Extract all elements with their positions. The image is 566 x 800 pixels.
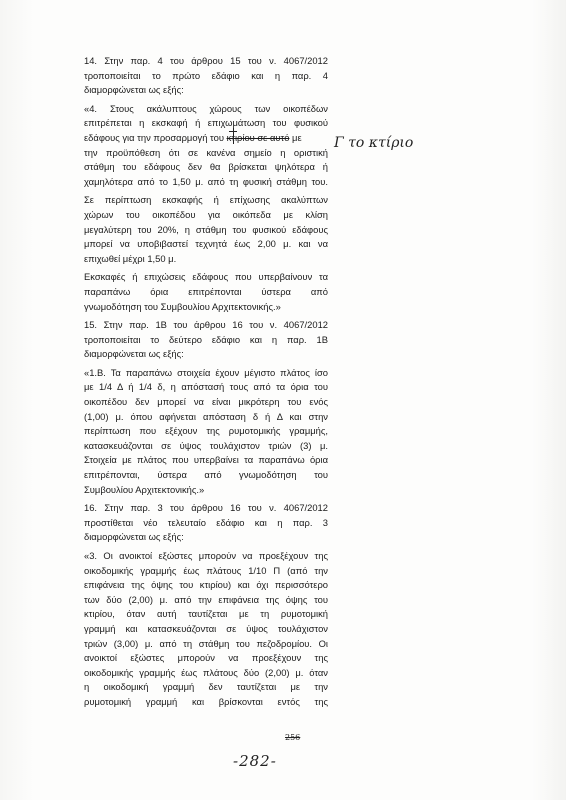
text-line: τροποποιείται το πρώτο εδάφιο και η παρ.… — [84, 69, 328, 84]
text-line: οικοπέδου δεν μπορεί να είναι μικρότερη … — [84, 395, 328, 410]
text-line: Σε περίπτωση εκσκαφής ή επίχωσης ακαλύπτ… — [84, 193, 328, 208]
text-line: 15. Στην παρ. 1Β του άρθρου 16 του ν. 40… — [84, 318, 328, 333]
text-line: 14. Στην παρ. 4 του άρθρου 15 του ν. 406… — [84, 54, 328, 69]
text-line: Εκσκαφές ή επιχώσεις εδάφους που υπερβαί… — [84, 270, 328, 285]
text-line: επιφάνεια της όψης του κτιρίου) και όχι … — [84, 578, 328, 593]
page-number: -282- — [233, 752, 277, 770]
paragraph-14: 14. Στην παρ. 4 του άρθρου 15 του ν. 406… — [84, 54, 328, 98]
text-line: διαμορφώνεται ως εξής: — [84, 83, 328, 98]
document-page: 14. Στην παρ. 4 του άρθρου 15 του ν. 406… — [0, 0, 566, 800]
text-line: «4. Στους ακάλυπτους χώρους των οικοπέδω… — [84, 102, 328, 117]
text-line: οικοδομικής γραμμής έως πλάτους 1/10 Π (… — [84, 564, 328, 579]
paragraph-15: 15. Στην παρ. 1Β του άρθρου 16 του ν. 40… — [84, 318, 328, 362]
text-line: διαμορφώνεται ως εξής: — [84, 530, 328, 545]
old-page-number: 256 — [285, 733, 300, 742]
paragraph-16-quote: «3. Οι ανοικτοί εξώστες μπορούν να προεξ… — [84, 549, 328, 710]
text-line: επιτρέπονται, ύστερα από γνωμοδότηση του — [84, 468, 328, 483]
text-line: 16. Στην παρ. 3 του άρθρου 16 του ν. 406… — [84, 501, 328, 516]
paragraph-15-quote: «1.Β. Τα παραπάνω στοιχεία έχουν μέγιστο… — [84, 366, 328, 497]
text-line: των δύο (2,00) μ. από την επιφάνεια της … — [84, 593, 328, 608]
text-column: 14. Στην παρ. 4 του άρθρου 15 του ν. 406… — [84, 54, 328, 714]
text-line: Συμβουλίου Αρχιτεκτονικής.» — [84, 483, 328, 498]
text-line: μεγαλύτερη του 20%, η στάθμη του φυσικού… — [84, 223, 328, 238]
text-line: παραπάνω όρια επιτρέπονται ύστερα από — [84, 285, 328, 300]
text-line-with-edit: εδάφους για την προσαρμογή του κτιρίου σ… — [84, 131, 328, 146]
text-segment: εδάφους για την προσαρμογή του — [84, 132, 227, 143]
text-line: γραμμή και κατασκευάζονται σε ύψος τουλά… — [84, 622, 328, 637]
text-line: η οικοδομική γραμμή δεν ταυτίζεται με τη… — [84, 680, 328, 695]
paragraph-14-quote-2: Σε περίπτωση εκσκαφής ή επίχωσης ακαλύπτ… — [84, 193, 328, 266]
text-line: στάθμη του εδάφους δεν θα βρίσκεται ψηλό… — [84, 160, 328, 175]
struck-text: κτιρίου σε αυτό — [227, 132, 290, 143]
paragraph-14-quote-1: «4. Στους ακάλυπτους χώρους των οικοπέδω… — [84, 102, 328, 190]
text-line: κτιρίου, όταν αυτή ταυτίζεται με τη ρυμο… — [84, 607, 328, 622]
paragraph-16: 16. Στην παρ. 3 του άρθρου 16 του ν. 406… — [84, 501, 328, 545]
text-line: διαμορφώνεται ως εξής: — [84, 347, 328, 362]
text-line: τροποποιείται το δεύτερο εδάφιο και η πα… — [84, 333, 328, 348]
text-line: μπορεί να υποβιβαστεί τεχνητά έως 2,00 μ… — [84, 237, 328, 252]
text-line: οικοδομικής γραμμής έως πλάτους δύο (2,0… — [84, 666, 328, 681]
text-segment: με — [289, 132, 301, 143]
text-line: (1,00) μ. όπου αφήνεται απόσταση δ ή Δ κ… — [84, 410, 328, 425]
text-line: ανοικτοί εξώστες μπορούν να προεξέχουν τ… — [84, 651, 328, 666]
paragraph-14-quote-3: Εκσκαφές ή επιχώσεις εδάφους που υπερβαί… — [84, 270, 328, 314]
text-line: τριών (3,00) μ. από τη στάθμη του πεζοδρ… — [84, 637, 328, 652]
text-line: προστίθεται νέο τελευταίο εδάφιο και η π… — [84, 516, 328, 531]
text-line: περίπτωση που εξέχουν της ρυμοτομικής γρ… — [84, 424, 328, 439]
text-line: «3. Οι ανοικτοί εξώστες μπορούν να προεξ… — [84, 549, 328, 564]
text-line: χώρων του οικοπέδου για οικόπεδα με κλίσ… — [84, 208, 328, 223]
text-line: επιχωθεί μέχρι 1,50 μ. — [84, 252, 328, 267]
insertion-caret-bar — [229, 131, 237, 132]
text-line: επιτρέπεται η εκσκαφή ή επιχωμάτωση του … — [84, 116, 328, 131]
text-line: Στοιχεία με πλάτος που υπερβαίνει τα παρ… — [84, 453, 328, 468]
text-line: την προϋπόθεση ότι σε κανένα σημείο η ορ… — [84, 146, 328, 161]
handwritten-insertion: Γ το κτίριο — [334, 135, 413, 151]
text-line: γνωμοδότηση του Συμβουλίου Αρχιτεκτονική… — [84, 300, 328, 315]
text-line: με 1/4 Δ ή 1/4 δ, η απόστασή τους από τα… — [84, 380, 328, 395]
text-line: χαμηλότερα από το 1,50 μ. από τη φυσική … — [84, 175, 328, 190]
text-line: «1.Β. Τα παραπάνω στοιχεία έχουν μέγιστο… — [84, 366, 328, 381]
text-line: κατασκευάζονται σε ύψος τουλάχιστον τριώ… — [84, 439, 328, 454]
text-line: ρυμοτομική γραμμή και βρίσκονται εντός τ… — [84, 695, 328, 710]
